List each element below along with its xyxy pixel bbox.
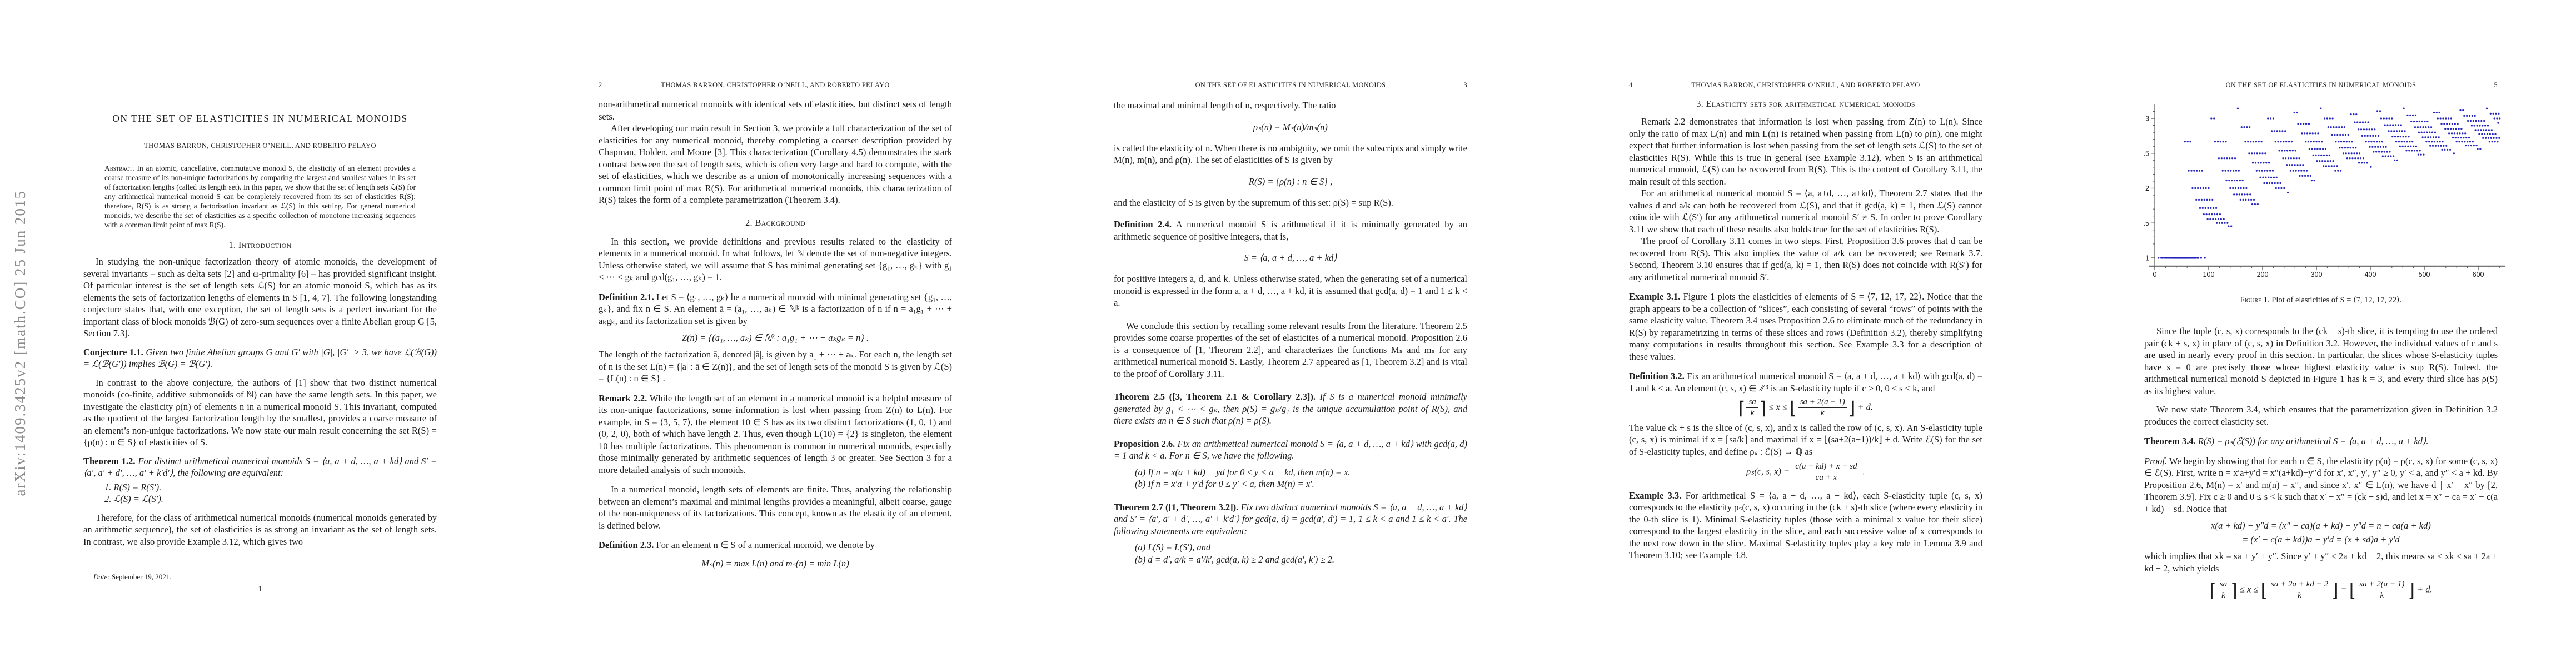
display-equation: x(a + kd) − y″d = (x″ − ca)(a + kd) − y″… <box>2144 519 2498 532</box>
list-item: (b) If n = x′a + y′d for 0 ≤ y′ < a, the… <box>1135 478 1467 490</box>
paper-document: arXiv:1409.3425v2 [math.CO] 25 Jun 2015 … <box>0 0 2576 667</box>
fraction-numerator: sa + 2(a − 1) <box>2357 580 2406 590</box>
section-heading: 2. Background <box>599 217 952 228</box>
footnote-text: Date: September 19, 2021. <box>83 573 437 581</box>
list-item: 2. ℒ(S) = ℒ(S′). <box>104 493 437 505</box>
statement-label: Theorem 1.2. <box>83 456 135 466</box>
fraction-numerator: sa + 2(a − 1) <box>1798 397 1847 407</box>
bracket-glyph: ⌉ <box>2230 580 2237 601</box>
labeled-paragraph: Theorem 2.7 ([1, Theorem 3.2]). Fix two … <box>1114 501 1467 537</box>
y-tick-label: 1.5 <box>2144 220 2149 227</box>
page-3: ON THE SET OF ELASTICITIES IN NUMERICAL … <box>1030 0 1546 667</box>
bracket-glyph: ⌈ <box>1738 397 1745 419</box>
equation-text: . <box>1860 466 1865 477</box>
y-tick-label: 1 <box>2145 255 2149 262</box>
statement-label: Conjecture 1.1. <box>83 347 143 357</box>
y-tick-label: 2 <box>2145 185 2149 192</box>
page-4: THOMAS BARRON, CHRISTOPHER O’NEILL, AND … <box>1546 0 2061 667</box>
paragraph: and the elasticity of S is given by the … <box>1114 197 1467 209</box>
paragraph: For an arithmetical numerical monoid S =… <box>1629 187 1982 235</box>
fraction-denominator: k <box>1798 407 1847 418</box>
page-1-content: ON THE SET OF ELASTICITIES IN NUMERICAL … <box>83 0 437 594</box>
page-number: 5 <box>2494 81 2498 89</box>
paragraph: Since the tuple (c, s, x) corresponds to… <box>2144 325 2498 397</box>
x-tick-label: 400 <box>2365 271 2376 278</box>
bracket-glyph: ⌊ <box>2349 580 2356 601</box>
statement-label: Proposition 2.6. <box>1114 439 1175 449</box>
labeled-paragraph: Example 3.3. For arithmetical S = ⟨a, a … <box>1629 490 1982 561</box>
fraction: sa + 2(a − 1)k <box>2357 580 2406 601</box>
section-heading: 1. Introduction <box>83 240 437 250</box>
fraction-numerator: sa <box>2218 580 2229 590</box>
bracket-glyph: ⌋ <box>1848 397 1855 419</box>
page-3-content: ON THE SET OF ELASTICITIES IN NUMERICAL … <box>1114 0 1467 565</box>
fraction-numerator: sa <box>1746 397 1758 407</box>
paper-title: ON THE SET OF ELASTICITIES IN NUMERICAL … <box>83 113 437 125</box>
item-list: (a) If n = x(a + kd) − yd for 0 ≤ y < a … <box>1114 466 1467 490</box>
page-5: ON THE SET OF ELASTICITIES IN NUMERICAL … <box>2061 0 2576 667</box>
labeled-paragraph: Remark 2.2. While the length set of an e… <box>599 392 952 476</box>
running-header: ON THE SET OF ELASTICITIES IN NUMERICAL … <box>1114 81 1467 89</box>
running-header: THOMAS BARRON, CHRISTOPHER O’NEILL, AND … <box>599 81 952 89</box>
page-number: 1 <box>83 585 437 594</box>
statement-label: Definition 2.4. <box>1114 219 1172 230</box>
scatter-points <box>2158 108 2500 259</box>
abstract-label: Abstract. <box>104 164 134 172</box>
paragraph: the maximal and minimal length of n, res… <box>1114 99 1467 112</box>
list-item: 1. R(S) = R(S′). <box>104 481 437 494</box>
statement-label: Definition 2.3. <box>599 540 654 550</box>
fraction: sa + 2a + kd − 2k <box>2269 580 2330 601</box>
page-number: 4 <box>1629 81 1633 89</box>
display-equation: S = ⟨a, a + d, …, a + kd⟩ <box>1114 251 1467 264</box>
bracket-glyph: ⌉ <box>1760 397 1766 419</box>
bracket-glyph: ⌊ <box>1790 397 1796 419</box>
statement-body: For an element n ∈ S of a numerical mono… <box>656 540 875 550</box>
paragraph: non-arithmetical numerical monoids with … <box>599 98 952 122</box>
equation-text: = <box>2338 584 2349 595</box>
list-item: (a) If n = x(a + kd) − yd for 0 ≤ y < a … <box>1135 466 1467 479</box>
statement-label: Proof. <box>2144 456 2167 466</box>
page-1: arXiv:1409.3425v2 [math.CO] 25 Jun 2015 … <box>0 0 515 667</box>
y-tick-label: 3 <box>2145 115 2149 123</box>
figure-plot: 010020030040050060011.522.53 <box>2144 103 2511 287</box>
figure-caption-text: Plot of elasticities of S = ⟨7, 12, 17, … <box>2271 296 2401 305</box>
paragraph: We now state Theorem 3.4, which ensures … <box>2144 404 2498 427</box>
x-tick-label: 300 <box>2311 271 2323 278</box>
statement-body: R(S) = ρₛ(ℰ(S)) for any arithmetical S =… <box>2198 436 2429 446</box>
page-number: 2 <box>599 81 602 89</box>
fraction-denominator: k <box>2357 590 2406 600</box>
paragraph: In studying the non-unique factorization… <box>83 256 437 340</box>
bracket-glyph: ⌋ <box>2331 580 2338 601</box>
fraction-denominator: ca + x <box>1793 472 1859 482</box>
fraction: sak <box>1746 397 1758 419</box>
display-equation: Mₛ(n) = max L(n) and mₛ(n) = min L(n) <box>599 557 952 570</box>
paragraph: The proof of Corollary 3.11 comes in two… <box>1629 235 1982 283</box>
running-header-title: ON THE SET OF ELASTICITIES IN NUMERICAL … <box>2144 81 2498 89</box>
statement-body: While the length set of an element in a … <box>599 393 952 475</box>
statement-body: For distinct arithmetical numerical mono… <box>83 456 437 479</box>
footnote-date: September 19, 2021. <box>112 573 172 581</box>
list-item: (a) L(S) = L(S′), and <box>1135 541 1467 554</box>
equation-text: ≤ x ≤ <box>1766 402 1790 412</box>
footnote-rule <box>83 570 195 570</box>
labeled-paragraph: Theorem 3.4. R(S) = ρₛ(ℰ(S)) for any ari… <box>2144 435 2498 447</box>
display-equation: ρₛ(n) = Mₛ(n)/mₛ(n) <box>1114 121 1467 133</box>
labeled-paragraph: Proof. We begin by showing that for each… <box>2144 455 2498 515</box>
display-equation: ⌈sak⌉ ≤ x ≤ ⌊sa + 2(a − 1)k⌋ + d. <box>1629 397 1982 419</box>
labeled-paragraph: Definition 2.1. Let S = ⟨g₁, …, gₖ⟩ be a… <box>599 291 952 327</box>
item-list: 1. R(S) = R(S′).2. ℒ(S) = ℒ(S′). <box>83 481 437 505</box>
bracket-glyph: ⌈ <box>2209 580 2216 601</box>
display-equation: ρₛ(c, s, x) = c(a + kd) + x + sdca + x . <box>1629 462 1982 483</box>
paragraph: Remark 2.2 demonstrates that information… <box>1629 116 1982 187</box>
fraction-denominator: k <box>2269 590 2330 600</box>
running-header-title: THOMAS BARRON, CHRISTOPHER O’NEILL, AND … <box>1629 81 1982 89</box>
display-equation: Z(n) = {(a₁, …, aₖ) ∈ ℕᵏ : a₁g₁ + ⋯ + aₖ… <box>599 331 952 344</box>
bracket-glyph: ⌊ <box>2261 580 2268 601</box>
footnote-label: Date: <box>93 573 110 581</box>
running-header-title: ON THE SET OF ELASTICITIES IN NUMERICAL … <box>1114 81 1467 89</box>
fraction: sa + 2(a − 1)k <box>1798 397 1847 419</box>
paragraph: Therefore, for the class of arithmetical… <box>83 512 437 548</box>
abstract: Abstract. In an atomic, cancellative, co… <box>104 163 416 230</box>
labeled-paragraph: Example 3.1. Figure 1 plots the elastici… <box>1629 291 1982 362</box>
figure-caption-label: Figure 1. <box>2240 296 2270 305</box>
x-tick-label: 500 <box>2419 271 2430 278</box>
x-tick-label: 0 <box>2153 271 2157 278</box>
statement-label: Example 3.3. <box>1629 490 1681 501</box>
equation-text: ≤ x ≤ <box>2238 584 2261 595</box>
figure-caption: Figure 1. Plot of elasticities of S = ⟨7… <box>2144 295 2498 305</box>
labeled-paragraph: Proposition 2.6. Fix an arithmetical num… <box>1114 438 1467 462</box>
bracket-glyph: ⌋ <box>2408 580 2414 601</box>
abstract-text: In an atomic, cancellative, commutative … <box>104 164 416 229</box>
footnote: Date: September 19, 2021. <box>83 570 437 581</box>
fraction-numerator: c(a + kd) + x + sd <box>1793 462 1859 472</box>
paragraph: In a numerical monoid, length sets of el… <box>599 484 952 531</box>
labeled-paragraph: Definition 2.3. For an element n ∈ S of … <box>599 539 952 551</box>
elasticity-scatter-plot: 010020030040050060011.522.53 <box>2144 103 2511 287</box>
equation-text: + d. <box>1855 402 1873 412</box>
labeled-paragraph: Conjecture 1.1. Given two finite Abelian… <box>83 346 437 370</box>
display-equation: R(S) = {ρ(n) : n ∈ S} , <box>1114 175 1467 188</box>
labeled-paragraph: Theorem 1.2. For distinct arithmetical n… <box>83 455 437 479</box>
arxiv-watermark-text: arXiv:1409.3425v2 [math.CO] 25 Jun 2015 <box>12 190 29 496</box>
paragraph: The length of the factorization ā, denot… <box>599 349 952 385</box>
statement-label: Theorem 2.7 ([1, Theorem 3.2]). <box>1114 502 1238 512</box>
x-tick-label: 600 <box>2473 271 2484 278</box>
running-header: ON THE SET OF ELASTICITIES IN NUMERICAL … <box>2144 81 2498 89</box>
paragraph: In contrast to the above conjecture, the… <box>83 377 437 449</box>
list-item: (b) d = d′, a/k = a′/k′, gcd(a, k) ≥ 2 a… <box>1135 554 1467 566</box>
equation-text: ρₛ(c, s, x) = <box>1746 466 1792 477</box>
section-heading: 3. Elasticity sets for arithmetical nume… <box>1629 98 1982 109</box>
statement-body: For arithmetical S = ⟨a, a + d, …, a + k… <box>1629 490 1982 561</box>
fraction-denominator: k <box>1746 407 1758 418</box>
item-list: (a) L(S) = L(S′), and(b) d = d′, a/k = a… <box>1114 541 1467 565</box>
x-tick-label: 100 <box>2203 271 2215 278</box>
fraction-numerator: sa + 2a + kd − 2 <box>2269 580 2330 590</box>
x-tick-label: 200 <box>2257 271 2269 278</box>
page-5-content: ON THE SET OF ELASTICITIES IN NUMERICAL … <box>2144 0 2498 601</box>
paragraph: In this section, we provide definitions … <box>599 236 952 283</box>
statement-body: We begin by showing that for each n ∈ S,… <box>2144 456 2498 514</box>
fraction-denominator: k <box>2218 590 2229 600</box>
statement-label: Theorem 3.4. <box>2144 436 2196 446</box>
statement-body: Figure 1 plots the elasticities of eleme… <box>1629 291 1982 362</box>
paragraph: After developing our main result in Sect… <box>599 122 952 206</box>
paragraph: is called the elasticity of n. When ther… <box>1114 142 1467 166</box>
running-header: THOMAS BARRON, CHRISTOPHER O’NEILL, AND … <box>1629 81 1982 89</box>
statement-label: Example 3.1. <box>1629 291 1680 302</box>
page-2: THOMAS BARRON, CHRISTOPHER O’NEILL, AND … <box>515 0 1030 667</box>
paragraph: for positive integers a, d, and k. Unles… <box>1114 273 1467 309</box>
page-number: 3 <box>1463 81 1467 89</box>
equation-text: + d. <box>2415 584 2433 595</box>
running-header-title: THOMAS BARRON, CHRISTOPHER O’NEILL, AND … <box>599 81 952 89</box>
arxiv-watermark: arXiv:1409.3425v2 [math.CO] 25 Jun 2015 <box>6 94 34 592</box>
statement-label: Theorem 2.5 ([3, Theorem 2.1 & Corollary… <box>1114 391 1316 402</box>
y-tick-label: 2.5 <box>2144 150 2149 157</box>
fraction: sak <box>2218 580 2229 601</box>
fraction: c(a + kd) + x + sdca + x <box>1793 462 1859 483</box>
statement-label: Remark 2.2. <box>599 393 647 404</box>
labeled-paragraph: Definition 3.2. Fix an arithmetical nume… <box>1629 370 1982 394</box>
statement-label: Definition 3.2. <box>1629 371 1685 381</box>
page-4-content: THOMAS BARRON, CHRISTOPHER O’NEILL, AND … <box>1629 0 1982 561</box>
paragraph: We conclude this section by recalling so… <box>1114 320 1467 380</box>
authors-line: THOMAS BARRON, CHRISTOPHER O’NEILL, AND … <box>83 141 437 150</box>
paragraph: The value ck + s is the slice of (c, s, … <box>1629 422 1982 458</box>
statement-label: Definition 2.1. <box>599 292 654 302</box>
page-2-content: THOMAS BARRON, CHRISTOPHER O’NEILL, AND … <box>599 0 952 570</box>
display-equation: ⌈sak⌉ ≤ x ≤ ⌊sa + 2a + kd − 2k⌋ = ⌊sa + … <box>2144 580 2498 601</box>
labeled-paragraph: Theorem 2.5 ([3, Theorem 2.1 & Corollary… <box>1114 391 1467 427</box>
paragraph: which implies that xk = sa + y′ + y″. Si… <box>2144 550 2498 574</box>
display-equation: = (x′ − c(a + kd))a + y′d = (x + sd)a + … <box>2144 533 2498 546</box>
labeled-paragraph: Definition 2.4. A numerical monoid S is … <box>1114 218 1467 242</box>
